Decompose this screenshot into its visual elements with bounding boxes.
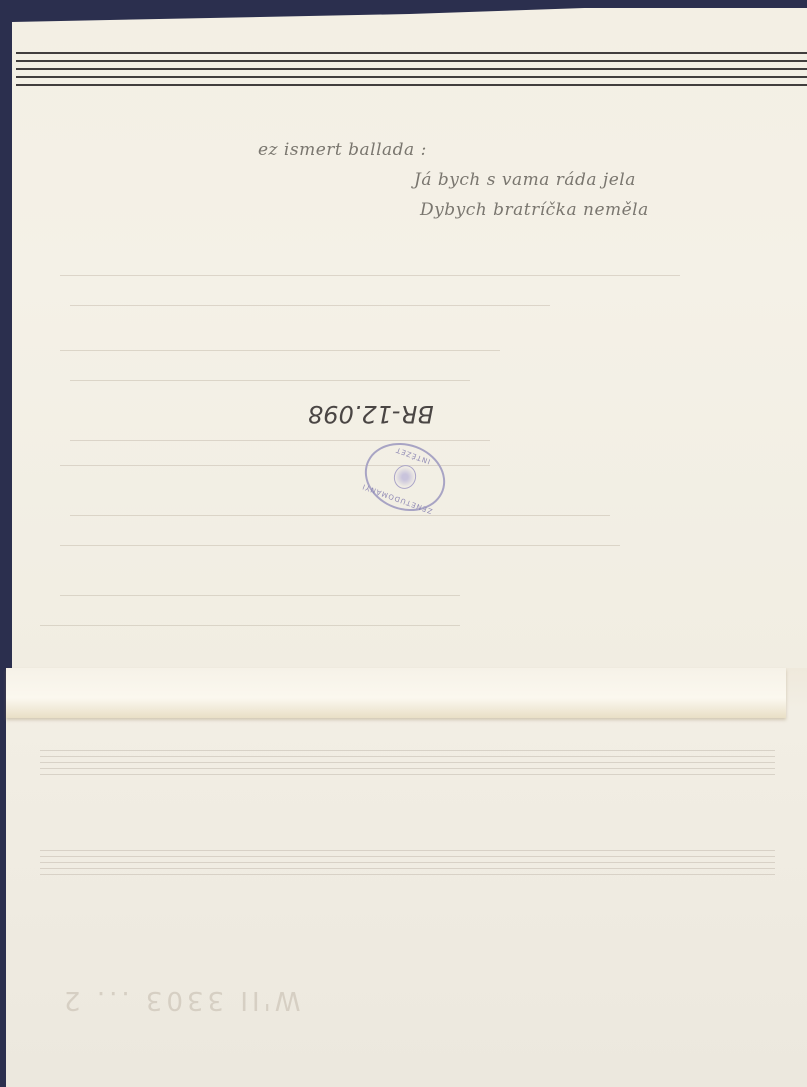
bleed-through-line bbox=[60, 595, 460, 596]
seal-icon bbox=[391, 462, 420, 492]
embossed-text: W'II 3303 ... 2 bbox=[60, 985, 301, 1015]
annotation-line-1: ez ismert ballada : bbox=[258, 140, 427, 160]
bleed-through-line bbox=[70, 380, 470, 381]
annotation-line-3: Dybych bratríčka neměla bbox=[420, 200, 649, 220]
bleed-through-line bbox=[60, 545, 620, 546]
staff-line bbox=[16, 52, 807, 54]
bleed-through-line bbox=[60, 350, 500, 351]
music-staff bbox=[16, 52, 807, 92]
annotation-line-2: Já bych s vama ráda jela bbox=[414, 170, 636, 190]
embossed-staff bbox=[40, 750, 775, 780]
staff-line bbox=[16, 60, 807, 62]
bleed-through-line bbox=[70, 440, 490, 441]
bleed-through-line bbox=[60, 275, 680, 276]
paper-sheet-upper bbox=[12, 8, 807, 678]
embossed-staff bbox=[40, 850, 775, 880]
bleed-through-line bbox=[70, 515, 610, 516]
staff-line bbox=[16, 84, 807, 86]
paper-fold bbox=[6, 668, 786, 718]
shelfmark: BR-12.098 bbox=[308, 400, 434, 428]
bleed-through-line bbox=[40, 625, 460, 626]
bleed-through-line bbox=[70, 305, 550, 306]
staff-line bbox=[16, 76, 807, 78]
staff-line bbox=[16, 68, 807, 70]
